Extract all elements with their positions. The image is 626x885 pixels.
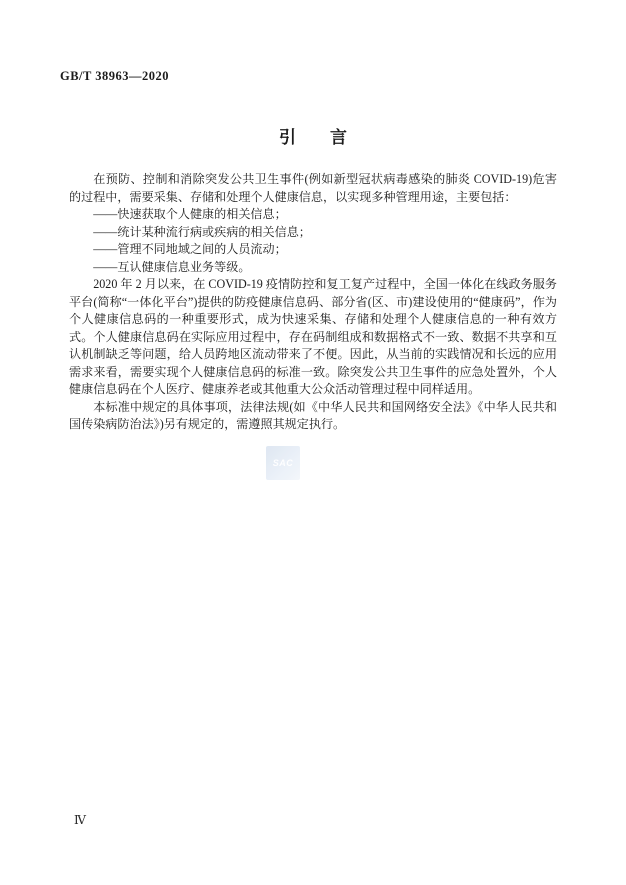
paragraph-1: 在预防、控制和消除突发公共卫生事件(例如新型冠状病毒感染的肺炎 COVID-19… (69, 171, 557, 206)
paragraph-3: 本标准中规定的具体事项，法律法规(如《中华人民共和国网络安全法》《中华人民共和国… (69, 399, 557, 434)
paragraph-2: 2020 年 2 月以来，在 COVID-19 疫情防控和复工复产过程中，全国一… (69, 276, 557, 399)
page-number: Ⅳ (74, 813, 86, 828)
sac-watermark-label: SAC (273, 458, 294, 468)
page-title: 引 言 (0, 123, 626, 148)
list-item: ——快速获取个人健康的相关信息； (69, 206, 557, 224)
document-page: GB/T 38963—2020 引 言 在预防、控制和消除突发公共卫生事件(例如… (0, 0, 626, 885)
sac-watermark-stamp: SAC (266, 446, 300, 480)
list-item: ——互认健康信息业务等级。 (69, 259, 557, 277)
purpose-list: ——快速获取个人健康的相关信息； ——统计某种流行病或疾病的相关信息； ——管理… (69, 206, 557, 276)
list-item: ——统计某种流行病或疾病的相关信息； (69, 224, 557, 242)
standard-number: GB/T 38963—2020 (60, 69, 169, 84)
introduction-body: 在预防、控制和消除突发公共卫生事件(例如新型冠状病毒感染的肺炎 COVID-19… (69, 171, 557, 434)
list-item: ——管理不同地域之间的人员流动； (69, 241, 557, 259)
